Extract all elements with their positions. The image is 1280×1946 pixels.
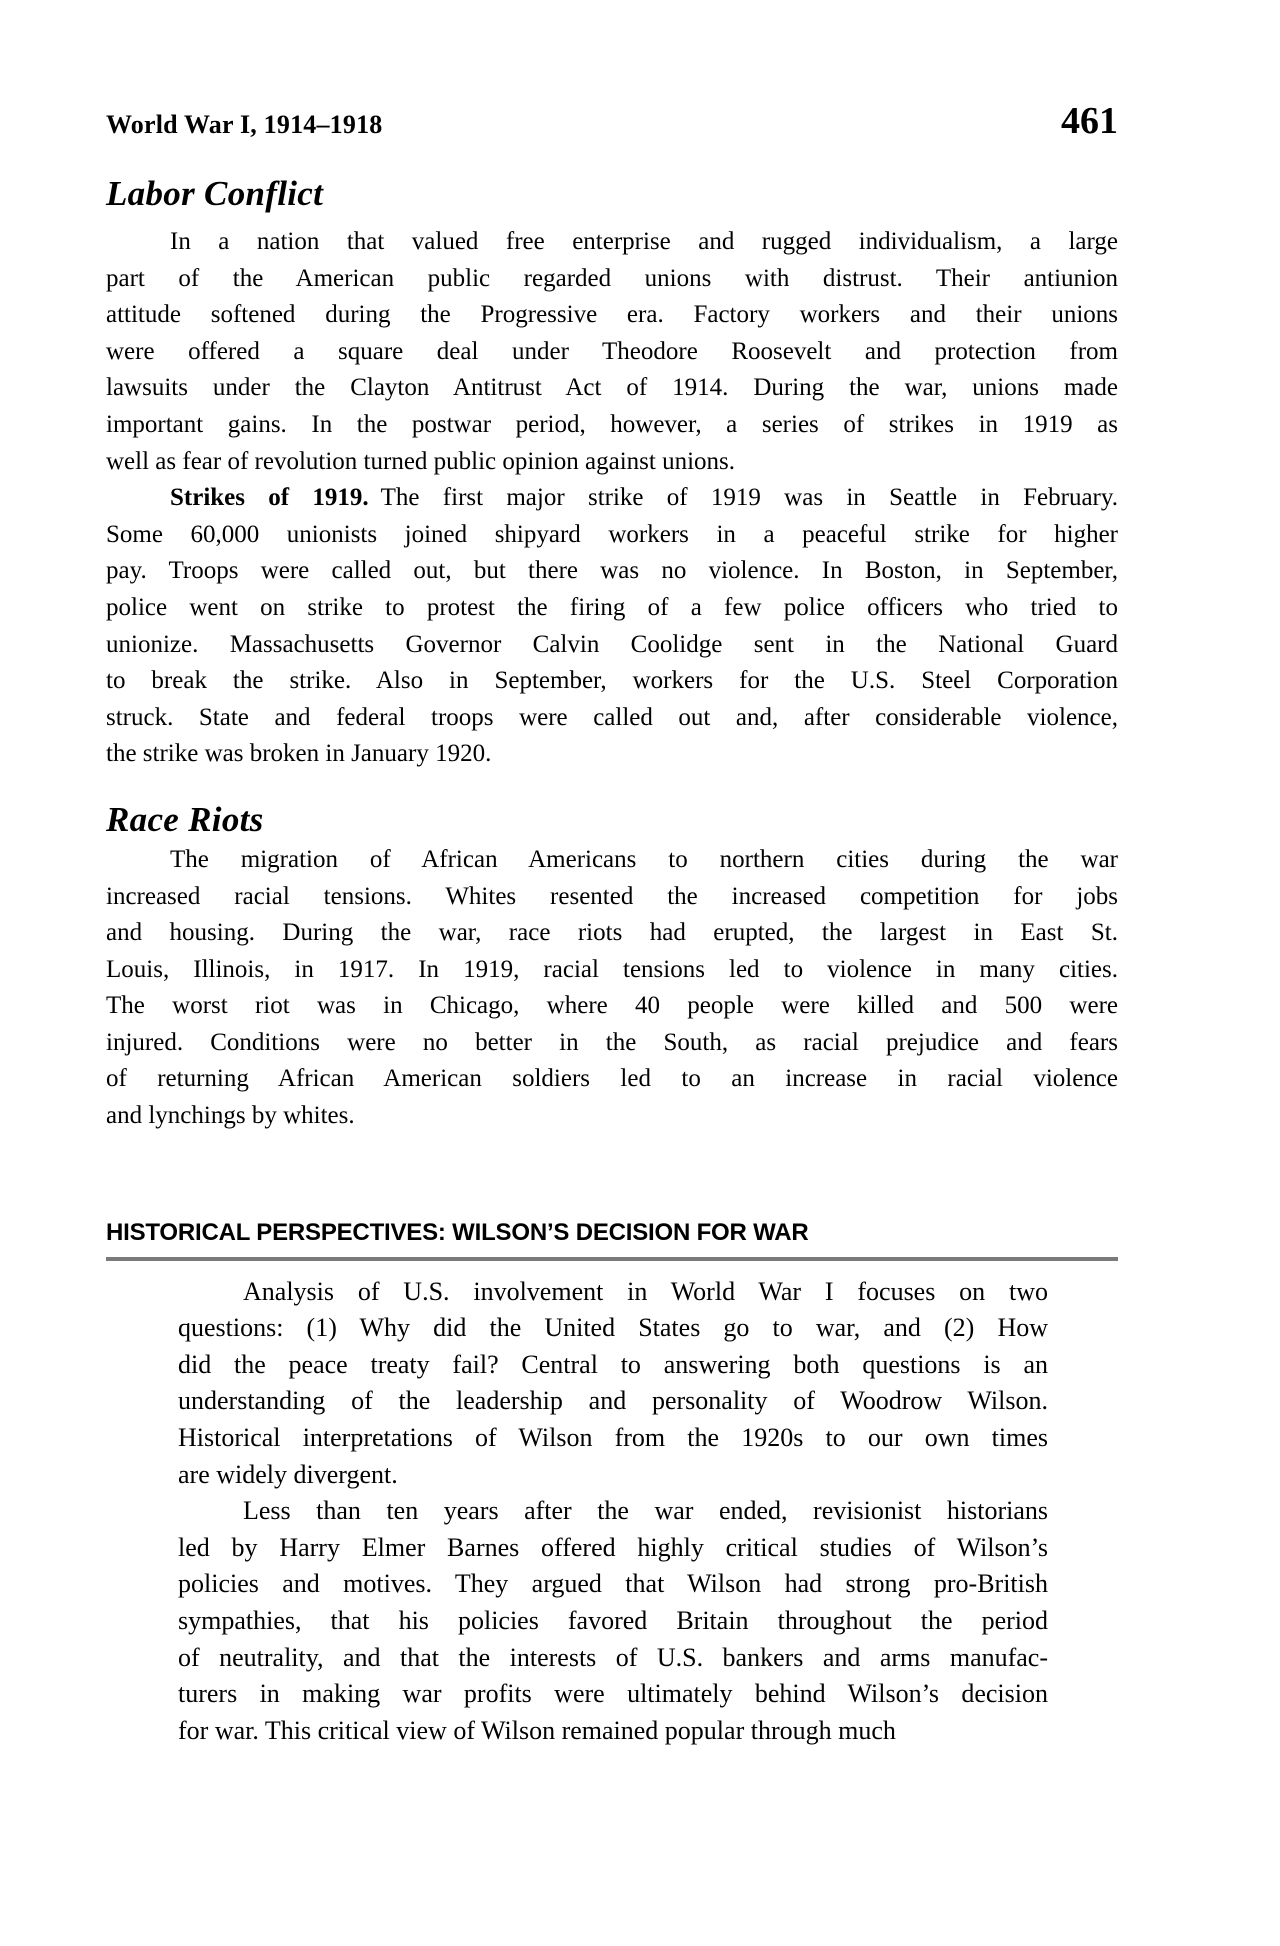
text-line: The migration of African Americans to no…: [106, 842, 1118, 879]
text-line: understanding of the leadership and pers…: [178, 1383, 1048, 1420]
text-line: led by Harry Elmer Barnes offered highly…: [178, 1530, 1048, 1567]
text-line: turers in making war profits were ultima…: [178, 1676, 1048, 1713]
text-line: policies and motives. They argued that W…: [178, 1566, 1048, 1603]
text-line: of neutrality, and that the interests of…: [178, 1640, 1048, 1677]
page-number: 461: [1061, 102, 1118, 140]
text-line: important gains. In the postwar period, …: [106, 407, 1118, 444]
text-line: did the peace treaty fail? Central to an…: [178, 1347, 1048, 1384]
text-line: Historical interpretations of Wilson fro…: [178, 1420, 1048, 1457]
text-line: were offered a square deal under Theodor…: [106, 334, 1118, 371]
text-line: pay. Troops were called out, but there w…: [106, 553, 1118, 590]
historical-perspectives-heading: HISTORICAL PERSPECTIVES: WILSON’S DECISI…: [106, 1221, 1118, 1245]
text-line: Analysis of U.S. involvement in World Wa…: [178, 1274, 1048, 1311]
text-line: Strikes of 1919.The first major strike o…: [106, 480, 1118, 517]
text-line: In a nation that valued free enterprise …: [106, 224, 1118, 261]
text-line: Louis, Illinois, in 1917. In 1919, racia…: [106, 952, 1118, 989]
text-line: unionize. Massachusetts Governor Calvin …: [106, 627, 1118, 664]
text-line: are widely divergent.: [178, 1457, 1048, 1494]
labor-conflict-paragraph-1: In a nation that valued free enterprise …: [106, 224, 1118, 480]
text-line: struck. State and federal troops were ca…: [106, 700, 1118, 737]
text-line: Less than ten years after the war ended,…: [178, 1493, 1048, 1530]
text-line: increased racial tensions. Whites resent…: [106, 879, 1118, 916]
race-riots-paragraph: The migration of African Americans to no…: [106, 842, 1118, 1135]
text-line: police went on strike to protest the fir…: [106, 590, 1118, 627]
text-line: and lynchings by whites.: [106, 1098, 1118, 1135]
text-line: well as fear of revolution turned public…: [106, 444, 1118, 481]
text-line: Some 60,000 unionists joined shipyard wo…: [106, 517, 1118, 554]
section-historical-perspectives: HISTORICAL PERSPECTIVES: WILSON’S DECISI…: [106, 1221, 1118, 1750]
text-line: the strike was broken in January 1920.: [106, 736, 1118, 773]
text-line: to break the strike. Also in September, …: [106, 663, 1118, 700]
text-line: lawsuits under the Clayton Antitrust Act…: [106, 370, 1118, 407]
heading-rule: [106, 1257, 1118, 1261]
book-page: World War I, 1914–1918 461 Labor Conflic…: [0, 0, 1280, 1946]
labor-conflict-paragraph-2: Strikes of 1919.The first major strike o…: [106, 480, 1118, 773]
historical-perspectives-paragraph-1: Analysis of U.S. involvement in World Wa…: [178, 1274, 1048, 1494]
section-labor-conflict: Labor Conflict In a nation that valued f…: [106, 176, 1118, 773]
historical-perspectives-paragraph-2: Less than ten years after the war ended,…: [178, 1493, 1048, 1749]
page-header: World War I, 1914–1918 461: [106, 102, 1118, 140]
labor-conflict-heading: Labor Conflict: [106, 176, 1118, 211]
strikes-of-1919-runin-label: Strikes of 1919.: [170, 484, 381, 511]
text-line: and housing. During the war, race riots …: [106, 915, 1118, 952]
text-line: attitude softened during the Progressive…: [106, 297, 1118, 334]
running-title: World War I, 1914–1918: [106, 112, 382, 138]
text-line: of returning African American soldiers l…: [106, 1061, 1118, 1098]
text-line: sympathies, that his policies favored Br…: [178, 1603, 1048, 1640]
text-line: for war. This critical view of Wilson re…: [178, 1713, 1048, 1750]
historical-perspectives-body: Analysis of U.S. involvement in World Wa…: [178, 1274, 1048, 1750]
race-riots-heading: Race Riots: [106, 802, 1118, 837]
text-line: questions: (1) Why did the United States…: [178, 1310, 1048, 1347]
text-line: injured. Conditions were no better in th…: [106, 1025, 1118, 1062]
text-line: The worst riot was in Chicago, where 40 …: [106, 988, 1118, 1025]
strikes-first-line-text: The first major strike of 1919 was in Se…: [381, 484, 1118, 511]
text-line: part of the American public regarded uni…: [106, 261, 1118, 298]
section-race-riots: Race Riots The migration of African Amer…: [106, 802, 1118, 1135]
